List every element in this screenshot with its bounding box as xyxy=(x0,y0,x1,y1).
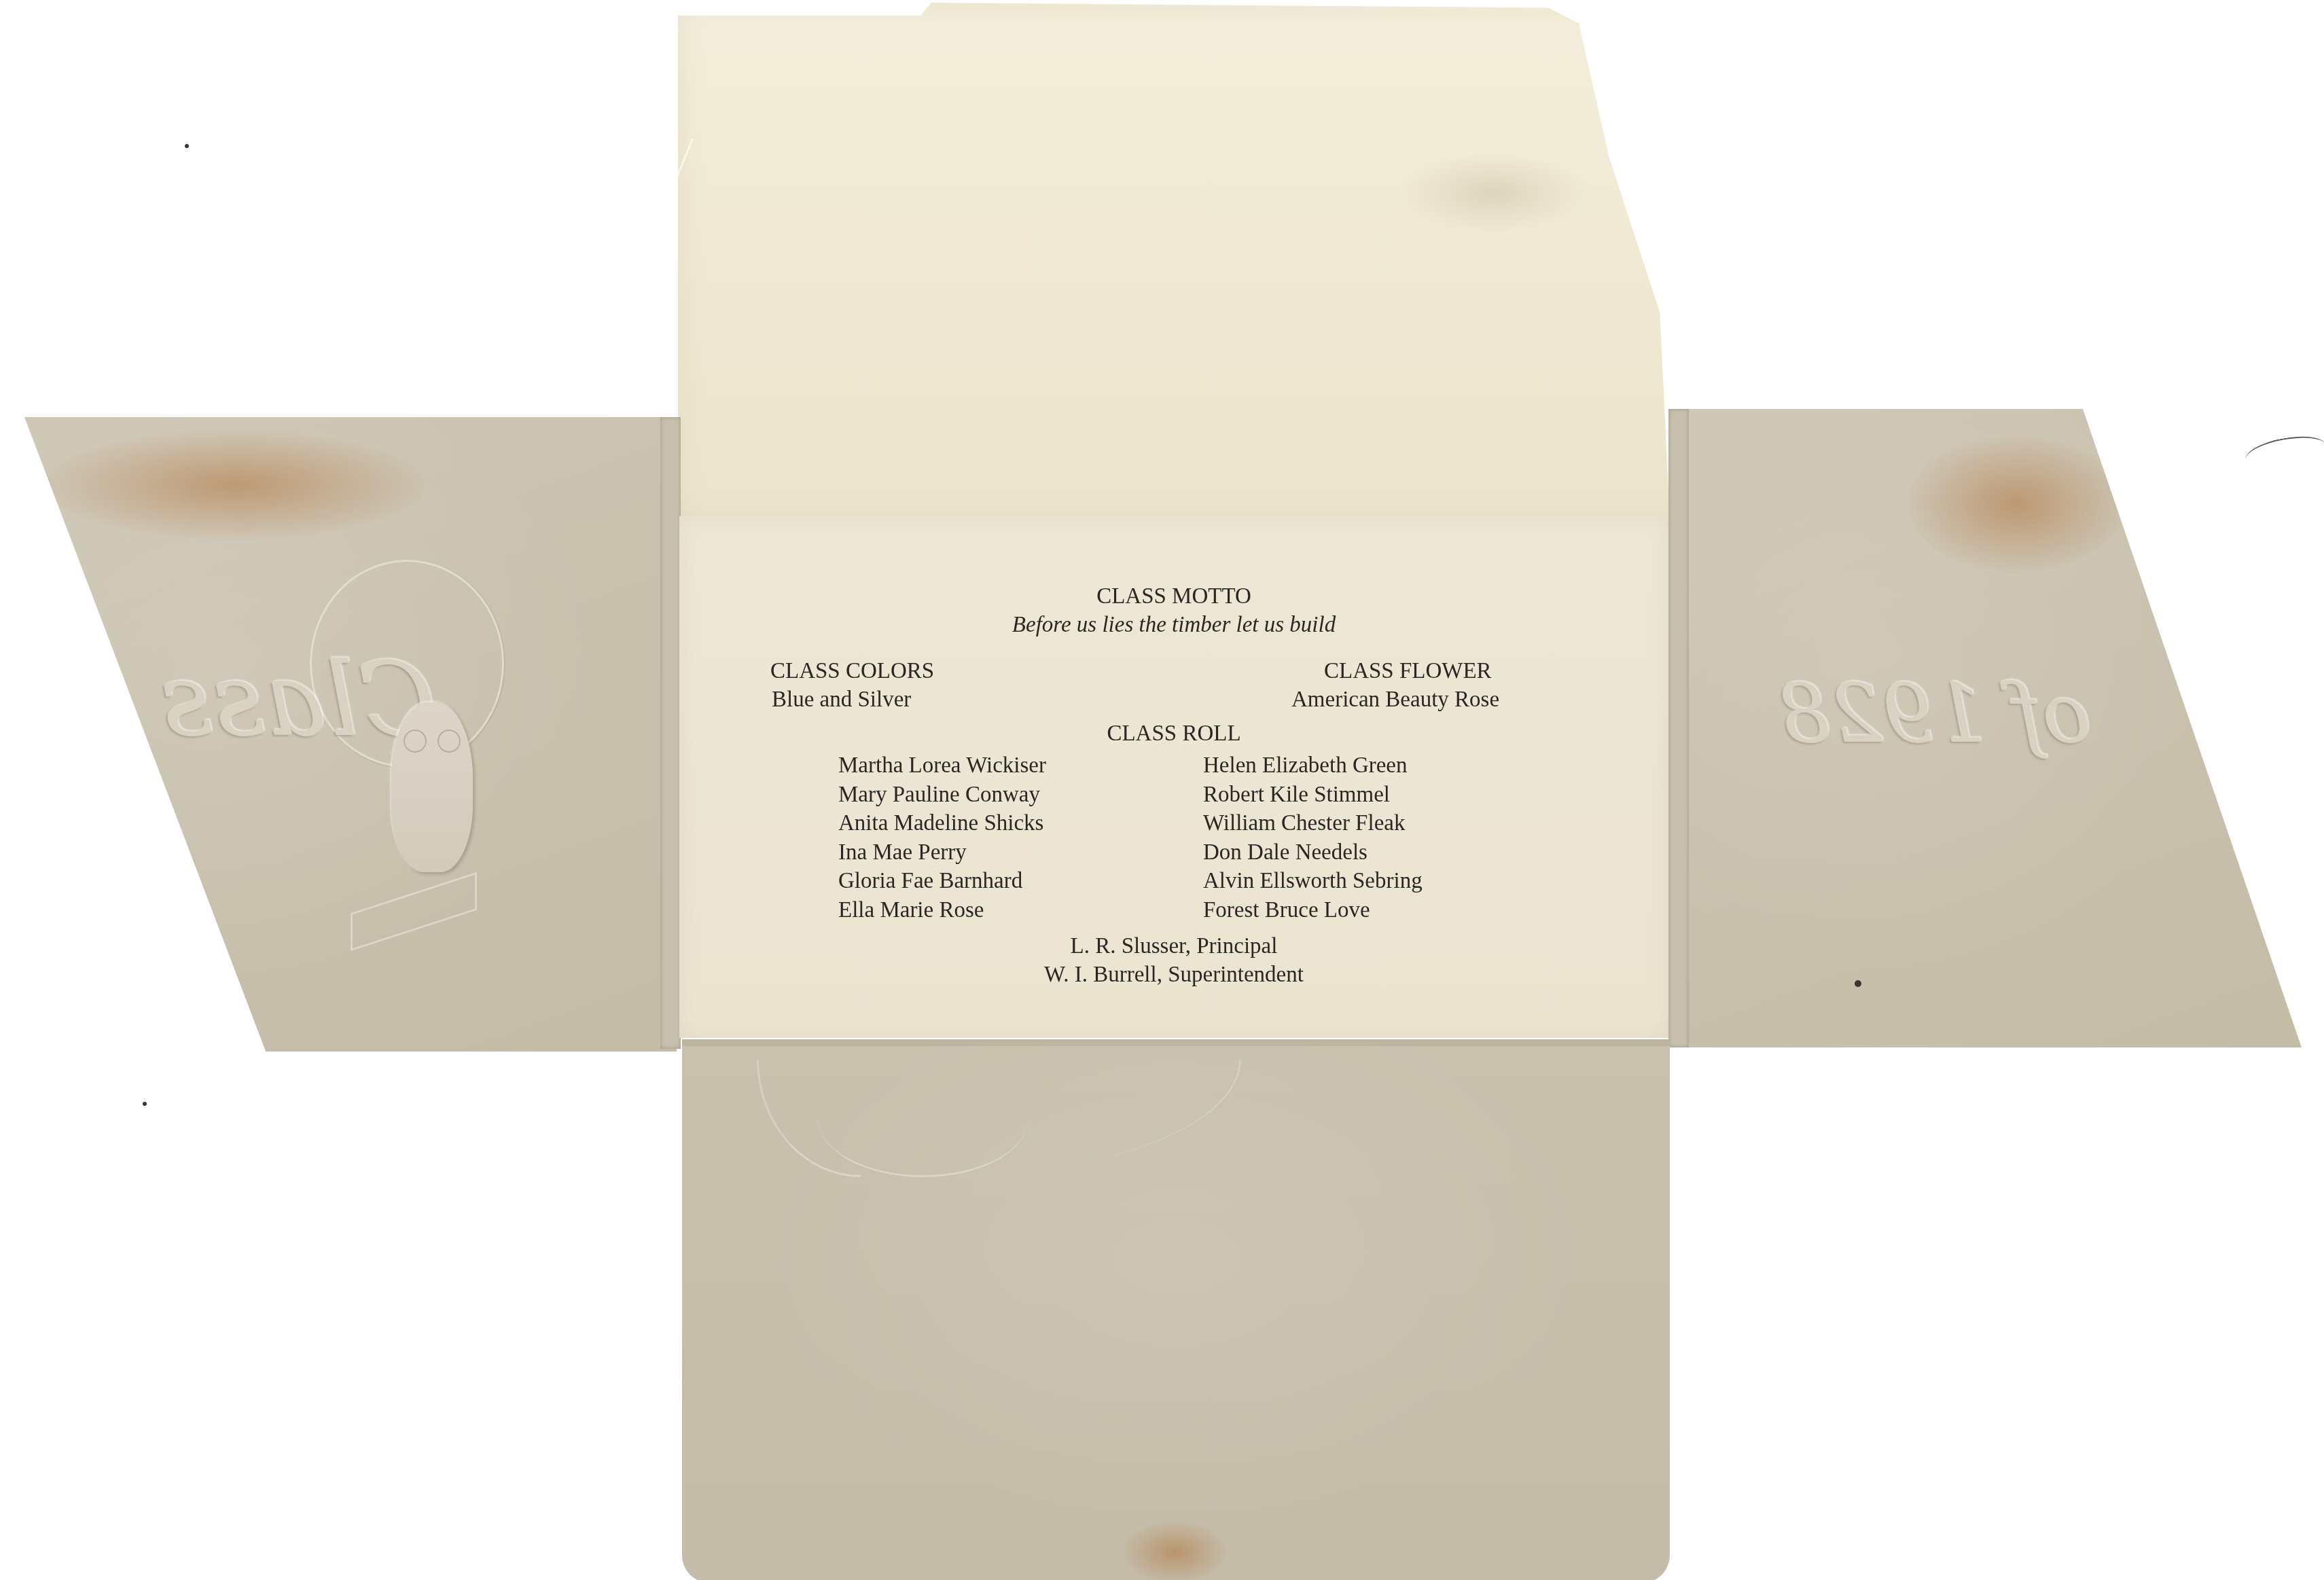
scallop-emboss-icon xyxy=(954,1060,1241,1175)
roll-name: Forest Bruce Love xyxy=(1203,896,1423,925)
roll-name: Martha Lorea Wickiser xyxy=(838,751,1046,780)
flower-heading: CLASS FLOWER xyxy=(1324,660,1492,683)
colors-heading: CLASS COLORS xyxy=(770,660,934,683)
roll-name: Robert Kile Stimmel xyxy=(1203,780,1423,810)
roll-name: Mary Pauline Conway xyxy=(838,780,1046,810)
scanned-folder: Class of 1928 CLASS MOTTO Before us lies… xyxy=(0,0,2324,1580)
superintendent-line: W. I. Burrell, Superintendent xyxy=(679,964,1668,986)
class-roll-right-column: Helen Elizabeth Green Robert Kile Stimme… xyxy=(1203,751,1423,924)
class-roll-left-column: Martha Lorea Wickiser Mary Pauline Conwa… xyxy=(838,751,1046,924)
embossed-class-text: Class xyxy=(160,641,436,759)
colors-value: Blue and Silver xyxy=(772,689,911,711)
flower-value: American Beauty Rose xyxy=(1291,689,1499,711)
roll-name: Alvin Ellsworth Sebring xyxy=(1203,867,1423,896)
rust-stain xyxy=(45,431,425,539)
roll-name: William Chester Fleak xyxy=(1203,809,1423,838)
left-hinge xyxy=(660,417,681,1049)
bottom-cover-flap xyxy=(682,1039,1670,1580)
rust-stain xyxy=(1908,436,2125,572)
rust-stain xyxy=(1124,1522,1226,1580)
printed-class-card: CLASS MOTTO Before us lies the timber le… xyxy=(679,516,1668,1038)
right-cover-flap: of 1928 xyxy=(1677,409,2302,1047)
dust-speck xyxy=(1855,980,1861,987)
right-hinge xyxy=(1668,409,1689,1047)
roll-name: Anita Madeline Shicks xyxy=(838,809,1046,838)
dust-speck xyxy=(185,144,189,148)
roll-name: Helen Elizabeth Green xyxy=(1203,751,1423,780)
roll-name: Don Dale Needels xyxy=(1203,838,1423,867)
roll-name: Gloria Fae Barnhard xyxy=(838,867,1046,896)
dust-speck xyxy=(143,1102,147,1106)
book-emboss-icon xyxy=(351,872,477,951)
roll-name: Ella Marie Rose xyxy=(838,896,1046,925)
motto-text: Before us lies the timber let us build xyxy=(679,614,1668,636)
principal-line: L. R. Slusser, Principal xyxy=(679,935,1668,958)
owl-emboss-icon xyxy=(391,702,473,872)
roll-heading: CLASS ROLL xyxy=(679,723,1668,745)
scan-scratch xyxy=(2243,431,2324,473)
roll-name: Ina Mae Perry xyxy=(838,838,1046,867)
stain-mark xyxy=(1398,152,1588,234)
top-paper-insert xyxy=(678,3,1690,519)
motto-heading: CLASS MOTTO xyxy=(679,586,1668,608)
left-cover-flap: Class xyxy=(24,417,677,1052)
embossed-year-text: of 1928 xyxy=(1778,667,2091,761)
